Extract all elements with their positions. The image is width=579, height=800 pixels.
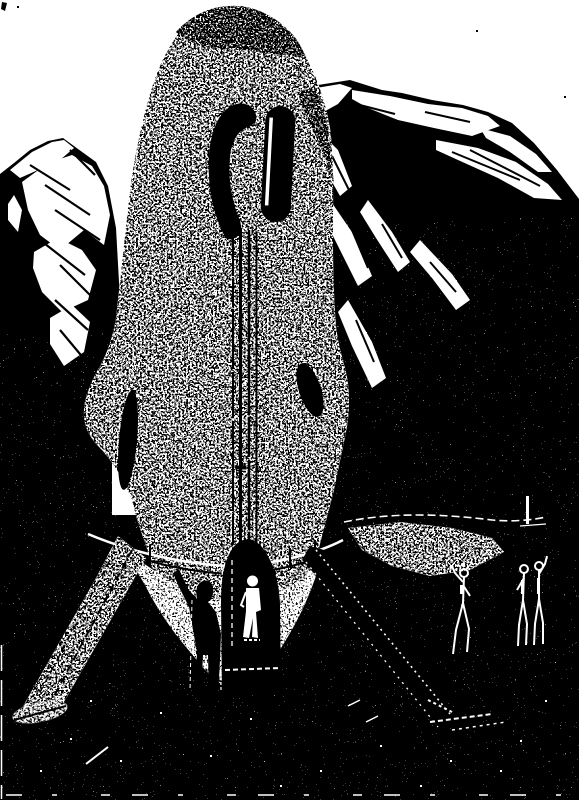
hatch-door-panel [260,105,296,222]
rocket-illustration [0,0,579,800]
illustration-page [0,0,579,800]
ridge-post [526,496,529,524]
